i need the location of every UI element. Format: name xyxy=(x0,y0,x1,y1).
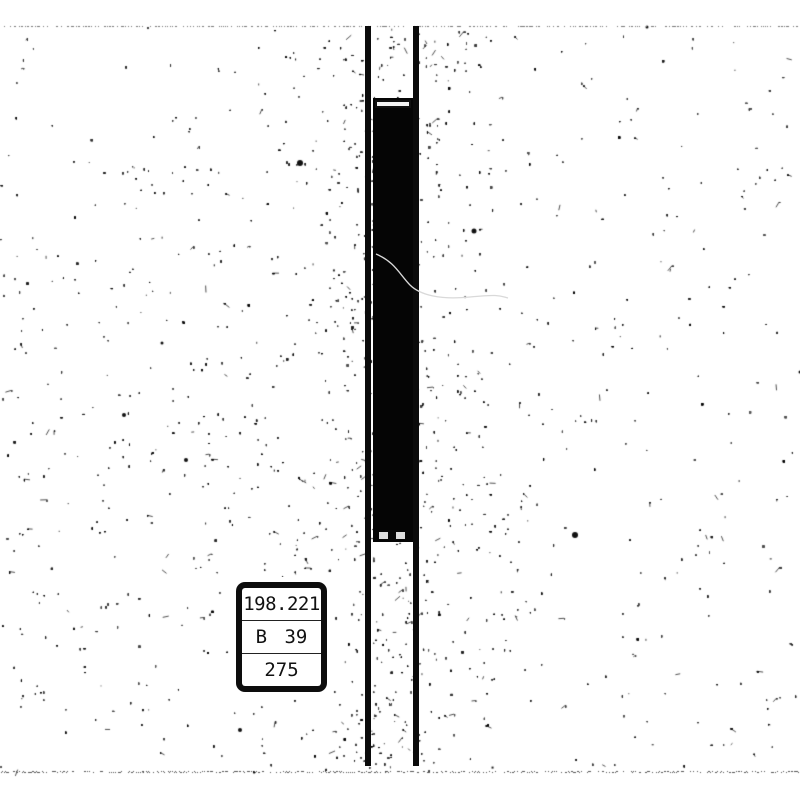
spine-title xyxy=(373,125,413,525)
spine-label-bottom-rule xyxy=(375,532,411,540)
call-number-label: 198.221 B 39 275 xyxy=(231,577,332,697)
call-number-label-frame: 198.221 B 39 275 xyxy=(236,582,327,692)
spine-left-edge xyxy=(365,26,371,766)
call-number-card: 198.221 B 39 275 xyxy=(242,588,321,686)
spine-right-edge xyxy=(413,26,419,766)
call-number-cutter: B 39 xyxy=(242,620,321,653)
call-number-volume: 275 xyxy=(242,653,321,686)
spine-label-top-rule xyxy=(375,100,411,108)
call-number-class: 198.221 xyxy=(242,588,321,620)
